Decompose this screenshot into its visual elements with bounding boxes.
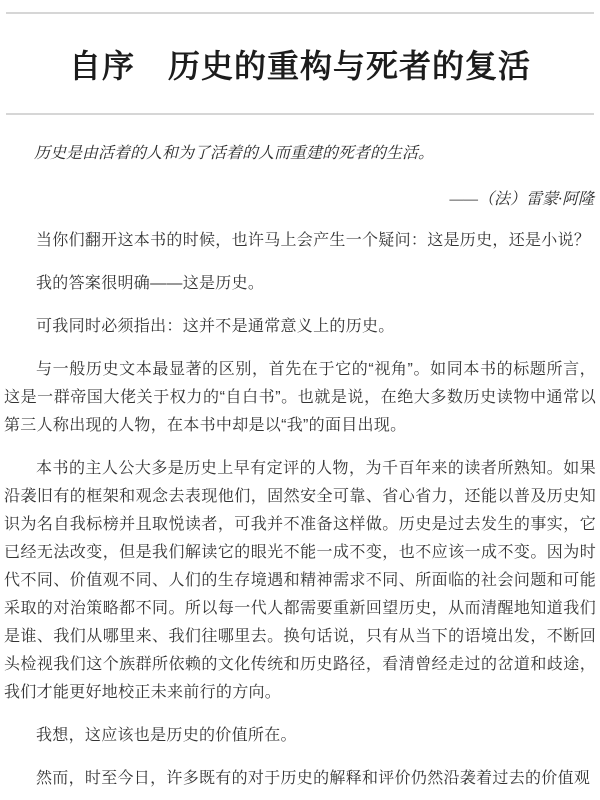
paragraph: 与一般历史文本最显著的区别，首先在于它的“视角”。如同本书的标题所言，这是一群帝… xyxy=(4,356,596,440)
epigraph-quote: 历史是由活着的人和为了活着的人而重建的死者的生活。 xyxy=(4,141,596,167)
paragraph: 本书的主人公大多是历史上早有定评的人物，为千百年来的读者所熟知。如果沿袭旧有的框… xyxy=(4,455,596,707)
paragraph: 然而，时至今日，许多既有的对于历史的解释和评价仍然沿袭着过去的价值观 xyxy=(4,765,596,793)
paragraph: 当你们翻开这本书的时候，也许马上会产生一个疑问：这是历史，还是小说？ xyxy=(4,227,596,255)
paragraph: 我想，这应该也是历史的价值所在。 xyxy=(4,722,596,750)
epigraph-block: 历史是由活着的人和为了活着的人而重建的死者的生活。 ——（法）雷蒙·阿隆 xyxy=(4,141,596,213)
title-divider-top xyxy=(6,12,594,14)
title-divider-bottom xyxy=(6,113,594,115)
body-paragraphs: 当你们翻开这本书的时候，也许马上会产生一个疑问：这是历史，还是小说？ 我的答案很… xyxy=(4,227,596,793)
book-page: 自序 历史的重构与死者的复活 历史是由活着的人和为了活着的人而重建的死者的生活。… xyxy=(0,0,600,800)
paragraph: 可我同时必须指出：这并不是通常意义上的历史。 xyxy=(4,313,596,341)
chapter-title: 自序 历史的重构与死者的复活 xyxy=(4,42,596,90)
paragraph: 我的答案很明确——这是历史。 xyxy=(4,270,596,298)
epigraph-attribution: ——（法）雷蒙·阿隆 xyxy=(4,187,596,213)
